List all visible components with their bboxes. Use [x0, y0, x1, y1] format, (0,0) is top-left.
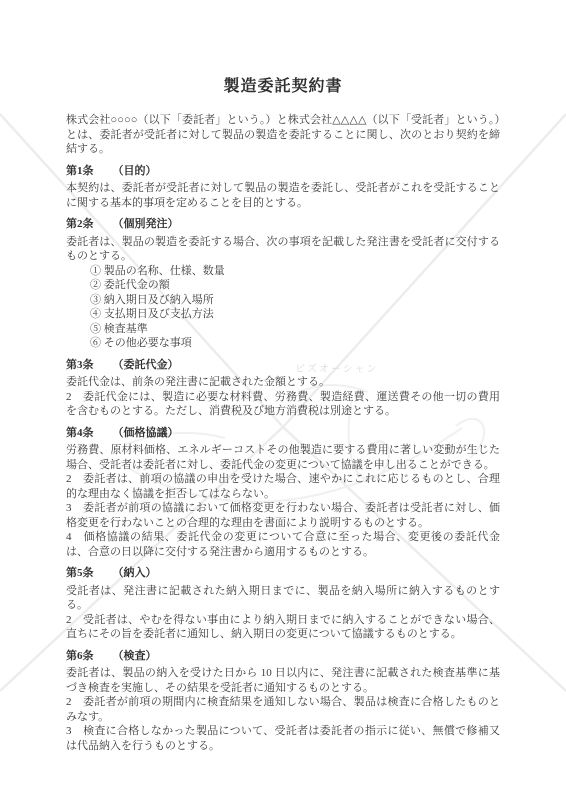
- article-title: （価格協議）: [113, 427, 179, 439]
- order-item: ② 委託代金の額: [90, 278, 500, 293]
- article-heading: 第4条（価格協議）: [66, 426, 500, 441]
- article-paragraph: 委託者は、製品の製造を委託する場合、次の事項を記載した発注書を受託者に交付するも…: [66, 235, 500, 264]
- article-4: 第4条（価格協議） 労務費、原材料価格、エネルギーコストその他製造に要する費用に…: [66, 426, 500, 560]
- article-title: （検査）: [113, 650, 157, 662]
- article-heading: 第1条（目的）: [66, 164, 500, 179]
- order-item: ③ 納入期日及び納入場所: [90, 293, 500, 308]
- document-body: 製造委託契約書 株式会社○○○○（以下「委託者」という。）と株式会社△△△△（以…: [0, 0, 566, 753]
- article-paragraph: 2 受託者は、やむを得ない事由により納入期日までに納入することができない場合、直…: [66, 613, 500, 642]
- article-title: （目的）: [113, 165, 157, 177]
- article-paragraph: 委託代金は、前条の発注書に記載された金額とする。: [66, 375, 500, 390]
- order-item-list: ① 製品の名称、仕様、数量 ② 委託代金の額 ③ 納入期日及び納入場所 ④ 支払…: [66, 264, 500, 351]
- article-paragraph: 労務費、原材料価格、エネルギーコストその他製造に要する費用に著しい変動が生じた場…: [66, 443, 500, 472]
- article-paragraph: 委託者は、製品の納入を受けた日から 10 日以内に、発注書に記載された検査基準に…: [66, 666, 500, 695]
- article-number: 第1条: [66, 165, 94, 177]
- order-item: ④ 支払期日及び支払方法: [90, 307, 500, 322]
- article-heading: 第6条（検査）: [66, 649, 500, 664]
- article-heading: 第2条（個別発注）: [66, 217, 500, 232]
- article-heading: 第5条（納入）: [66, 566, 500, 581]
- article-title: （個別発注）: [113, 218, 179, 230]
- article-paragraph: 2 委託代金には、製造に必要な材料費、労務費、製造経費、運送費その他一切の費用を…: [66, 390, 500, 419]
- article-heading: 第3条（委託代金）: [66, 358, 500, 373]
- article-number: 第5条: [66, 567, 94, 579]
- article-title: （納入）: [113, 567, 157, 579]
- intro-paragraph: 株式会社○○○○（以下「委託者」という。）と株式会社△△△△（以下「受託者」とい…: [66, 113, 500, 157]
- order-item: ① 製品の名称、仕様、数量: [90, 264, 500, 279]
- document-title: 製造委託契約書: [66, 76, 500, 98]
- article-paragraph: 受託者は、発注書に記載された納入期日までに、製品を納入場所に納入するものとする。: [66, 584, 500, 613]
- article-paragraph: 2 委託者は、前項の協議の申出を受けた場合、速やかにこれに応じるものとし、合理的…: [66, 472, 500, 501]
- article-5: 第5条（納入） 受託者は、発注書に記載された納入期日までに、製品を納入場所に納入…: [66, 566, 500, 642]
- article-paragraph: 3 委託者が前項の協議において価格変更を行わない場合、委託者は受託者に対し、価格…: [66, 501, 500, 530]
- article-2: 第2条（個別発注） 委託者は、製品の製造を委託する場合、次の事項を記載した発注書…: [66, 217, 500, 351]
- article-paragraph: 本契約は、委託者が受託者に対して製品の製造を委託し、受託者がこれを受託することに…: [66, 181, 500, 210]
- article-number: 第6条: [66, 650, 94, 662]
- article-paragraph: 4 価格協議の結果、委託代金の変更について合意に至った場合、変更後の委託代金は、…: [66, 530, 500, 559]
- article-6: 第6条（検査） 委託者は、製品の納入を受けた日から 10 日以内に、発注書に記載…: [66, 649, 500, 754]
- article-number: 第3条: [66, 359, 94, 371]
- article-title: （委託代金）: [113, 359, 179, 371]
- order-item: ⑤ 検査基準: [90, 322, 500, 337]
- order-item: ⑥ その他必要な事項: [90, 336, 500, 351]
- article-paragraph: 3 検査に合格しなかった製品について、受託者は委託者の指示に従い、無償で修補又は…: [66, 724, 500, 753]
- article-number: 第2条: [66, 218, 94, 230]
- article-1: 第1条（目的） 本契約は、委託者が受託者に対して製品の製造を委託し、受託者がこれ…: [66, 164, 500, 211]
- article-3: 第3条（委託代金） 委託代金は、前条の発注書に記載された金額とする。 2 委託代…: [66, 358, 500, 419]
- article-number: 第4条: [66, 427, 94, 439]
- article-paragraph: 2 委託者が前項の期間内に検査結果を通知しない場合、製品は検査に合格したものとみ…: [66, 695, 500, 724]
- contract-document-page: ビズオーシャン 製造委託契約書 株式会社○○○○（以下「委託者」という。）と株式…: [0, 0, 566, 800]
